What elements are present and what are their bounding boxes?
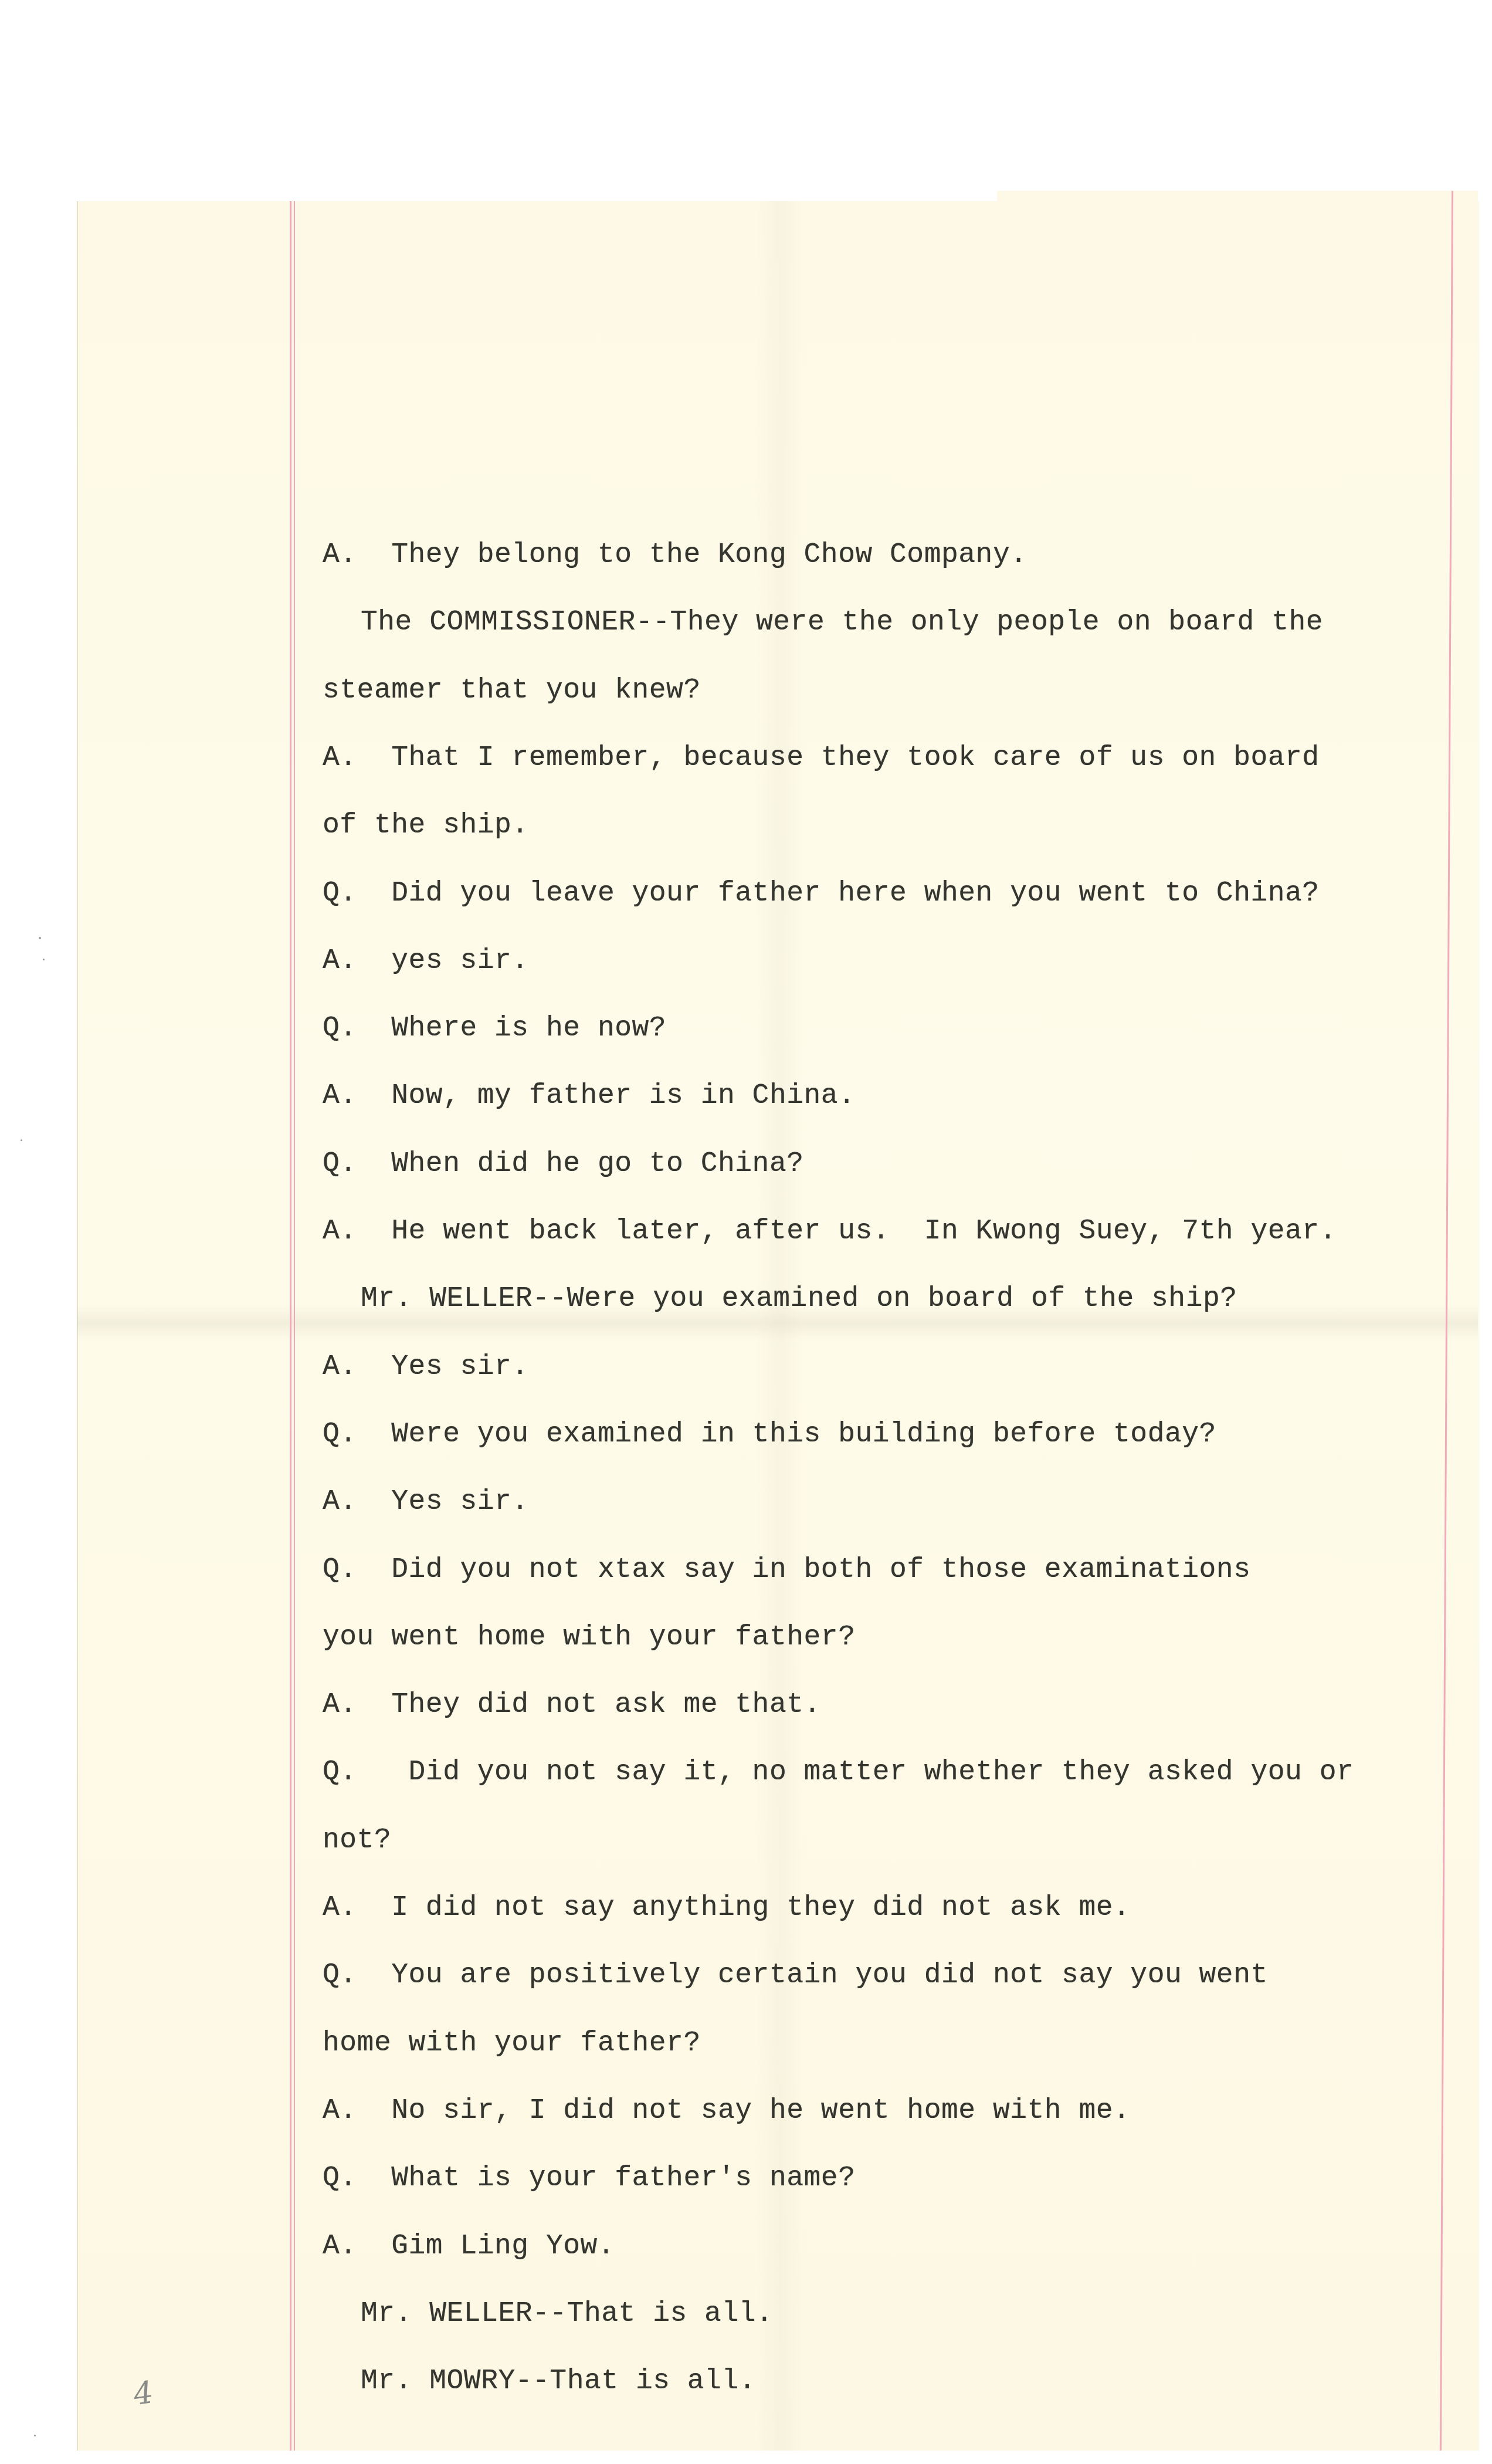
transcript-line: A. They belong to the Kong Chow Company. bbox=[323, 541, 1028, 569]
transcript-line: Q. Did you leave your father here when y… bbox=[323, 879, 1320, 908]
transcript-line: Mr. WELLER--Were you examined on board o… bbox=[361, 1285, 1237, 1313]
transcript-line: A. They did not ask me that. bbox=[323, 1691, 821, 1719]
transcript-line: A. No sir, I did not say he went home wi… bbox=[323, 2097, 1130, 2125]
transcript-line: A. Now, my father is in China. bbox=[323, 1082, 855, 1110]
scan-speck bbox=[21, 1139, 22, 1141]
transcript-line: Q. Where is he now? bbox=[323, 1014, 666, 1043]
transcript-line: A. Yes sir. bbox=[323, 1488, 529, 1516]
transcript-line: Mr. MOWRY--That is all. bbox=[361, 2367, 756, 2395]
transcript-line: Q. What is your father's name? bbox=[323, 2164, 855, 2192]
transcript-line: A. Yes sir. bbox=[323, 1353, 529, 1381]
left-margin-rule bbox=[290, 201, 291, 2451]
transcript-line: Q. When did he go to China? bbox=[323, 1150, 804, 1178]
transcript-line: Q. Were you examined in this building be… bbox=[323, 1420, 1216, 1448]
transcript-line: Q. Did you not xtax say in both of those… bbox=[323, 1556, 1250, 1584]
transcript-line: Q. You are positively certain you did no… bbox=[323, 1961, 1268, 1989]
transcript-line: of the ship. bbox=[323, 811, 529, 840]
transcript-line: A. yes sir. bbox=[323, 947, 529, 975]
transcript-line: Q. Did you not say it, no matter whether… bbox=[323, 1758, 1354, 1786]
transcript-line: A. I did not say anything they did not a… bbox=[323, 1894, 1130, 1922]
scan-speck bbox=[43, 959, 45, 960]
scan-speck bbox=[39, 937, 41, 939]
transcript-line: A. He went back later, after us. In Kwon… bbox=[323, 1217, 1337, 1245]
scan-speck bbox=[34, 2435, 36, 2436]
transcript-line: you went home with your father? bbox=[323, 1623, 855, 1651]
transcript-line: Mr. WELLER--That is all. bbox=[361, 2300, 773, 2328]
left-margin-rule-inner bbox=[294, 201, 295, 2451]
transcript-line: A. Gim Ling Yow. bbox=[323, 2232, 615, 2260]
transcript-line: steamer that you knew? bbox=[323, 676, 701, 705]
transcript-line: The COMMISSIONER--They were the only peo… bbox=[361, 608, 1323, 637]
transcript-line: A. That I remember, because they took ca… bbox=[323, 744, 1320, 772]
transcript-line: not? bbox=[323, 1826, 391, 1854]
transcript-line: home with your father? bbox=[323, 2029, 701, 2057]
page-edge bbox=[997, 191, 1478, 202]
